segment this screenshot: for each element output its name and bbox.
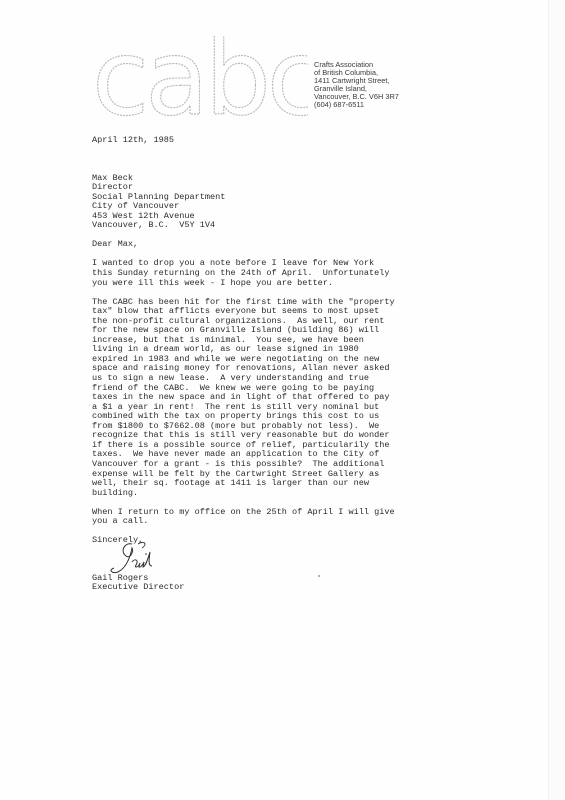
handwritten-signature-icon bbox=[102, 538, 172, 578]
salutation: Dear Max, bbox=[92, 240, 532, 250]
body-line: When I return to my office on the 25th o… bbox=[92, 508, 532, 518]
scan-speck bbox=[376, 474, 378, 476]
paragraph-3: When I return to my office on the 25th o… bbox=[92, 508, 532, 527]
recipient-line: Vancouver, B.C. V5Y 1V4 bbox=[92, 221, 532, 231]
letter-date: April 12th, 1985 bbox=[92, 136, 532, 146]
cabc-logo-icon: cabc bbox=[92, 36, 308, 124]
body-line: you were ill this week - I hope you are … bbox=[92, 279, 532, 289]
letter-body: April 12th, 1985 Max Beck Director Socia… bbox=[92, 136, 532, 593]
body-line: you a call. bbox=[92, 517, 532, 527]
cabc-logo: cabc bbox=[92, 36, 308, 124]
signature-area bbox=[92, 546, 532, 574]
body-line: well, their sq. footage at 1411 is large… bbox=[92, 479, 532, 489]
scan-edge bbox=[548, 0, 565, 800]
logo-text: cabc bbox=[92, 36, 308, 124]
letterhead-address: Crafts Association of British Columbia, … bbox=[314, 61, 399, 110]
recipient-block: Max Beck Director Social Planning Depart… bbox=[92, 174, 532, 231]
paragraph-2: The CABC has been hit for the first time… bbox=[92, 298, 532, 498]
recipient-line: Max Beck bbox=[92, 174, 532, 184]
scan-speck bbox=[318, 575, 320, 577]
body-line: building. bbox=[92, 489, 532, 499]
paragraph-1: I wanted to drop you a note before I lea… bbox=[92, 259, 532, 288]
address-line: (604) 687-6511 bbox=[314, 101, 399, 109]
letter-page: cabc Crafts Association of British Colum… bbox=[0, 0, 565, 800]
signer-title: Executive Director bbox=[92, 583, 532, 593]
